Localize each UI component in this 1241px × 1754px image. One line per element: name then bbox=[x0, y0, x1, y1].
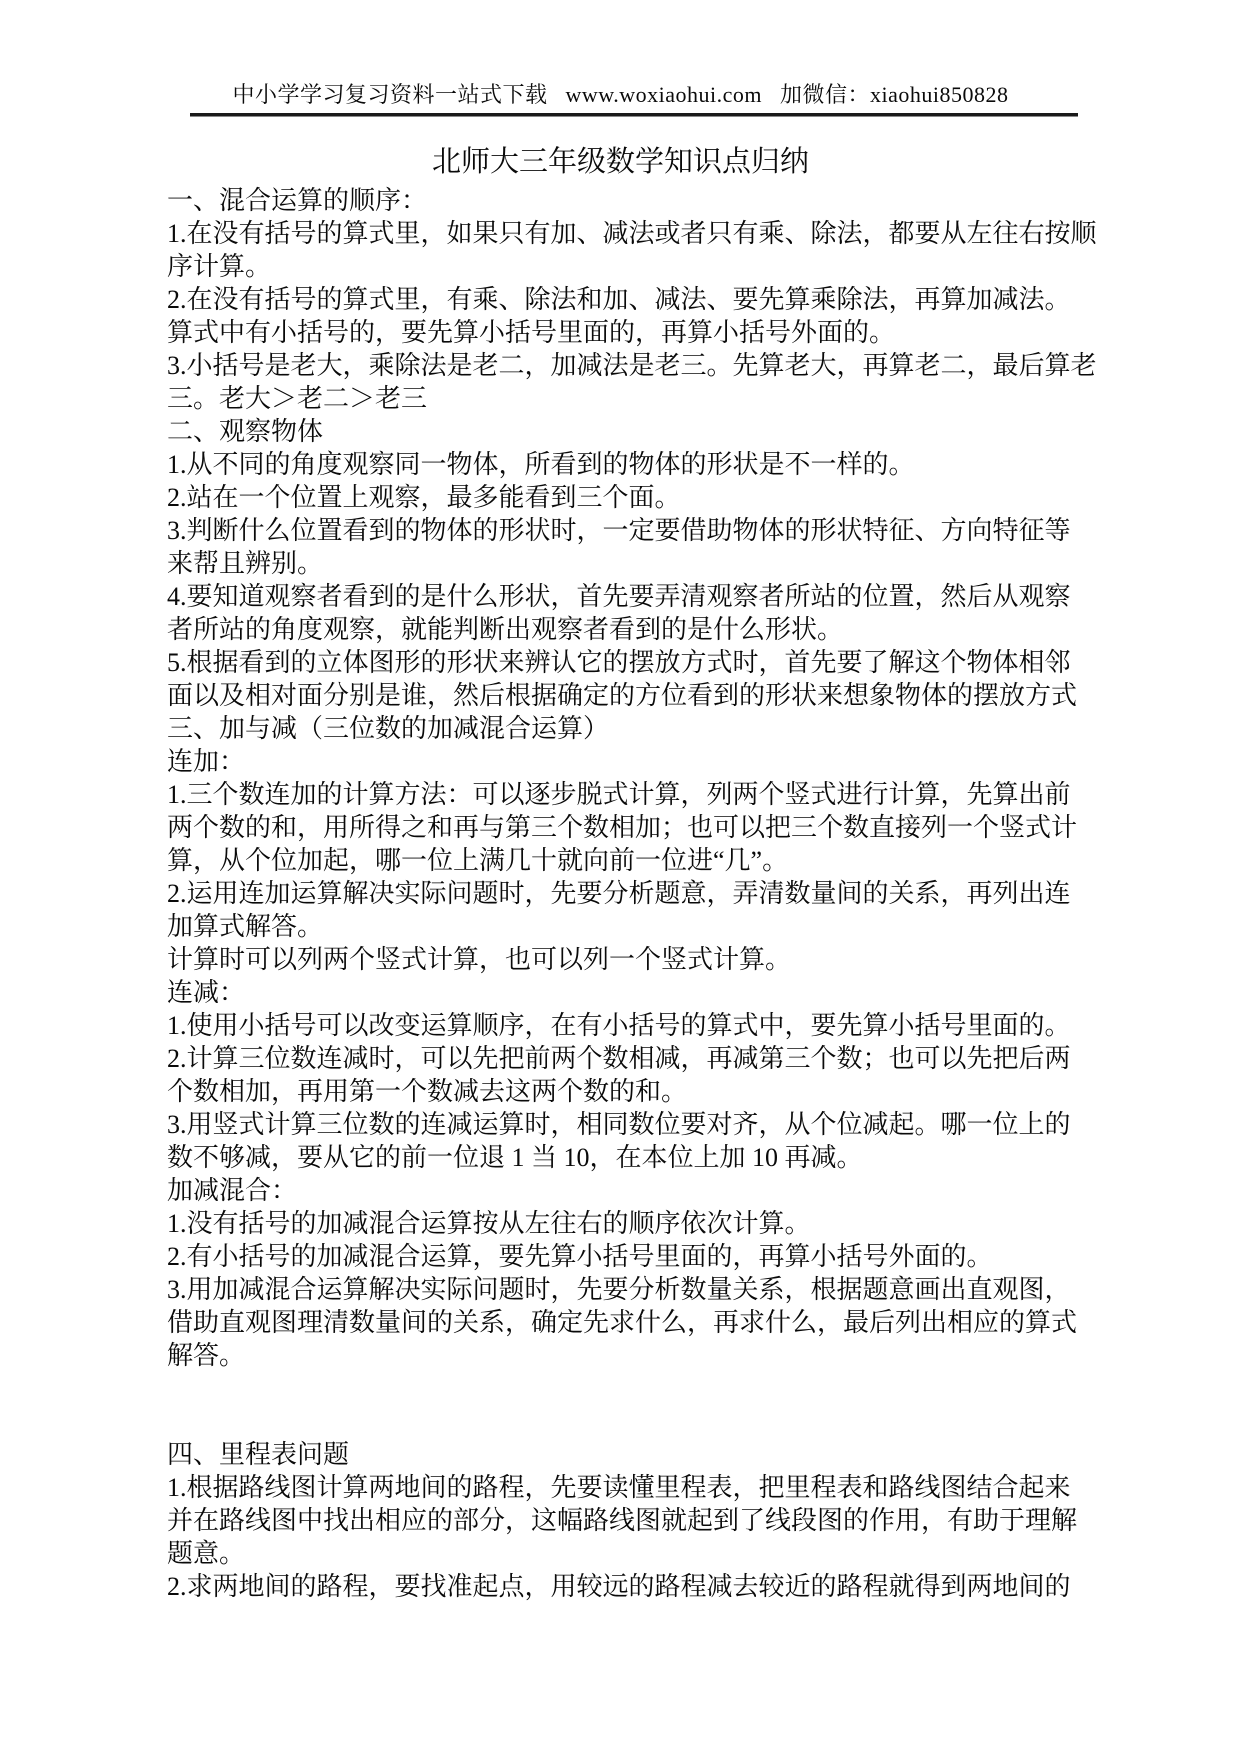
text-line: 加减混合： bbox=[167, 1174, 1097, 1207]
text-line: 3.小括号是老大，乘除法是老二，加减法是老三。先算老大，再算老二，最后算老 bbox=[167, 349, 1097, 382]
text-line: 个数相加，再用第一个数减去这两个数的和。 bbox=[167, 1075, 1097, 1108]
text-line bbox=[167, 1372, 1097, 1405]
document-body: 一、混合运算的顺序：1.在没有括号的算式里，如果只有加、减法或者只有乘、除法，都… bbox=[167, 184, 1097, 1603]
text-line: 面以及相对面分别是谁，然后根据确定的方位看到的形状来想象物体的摆放方式 bbox=[167, 679, 1097, 712]
text-line: 两个数的和，用所得之和再与第三个数相加；也可以把三个数直接列一个竖式计 bbox=[167, 811, 1097, 844]
text-line: 3.用竖式计算三位数的连减运算时，相同数位要对齐，从个位减起。哪一位上的 bbox=[167, 1108, 1097, 1141]
text-line: 算，从个位加起，哪一位上满几十就向前一位进“几”。 bbox=[167, 844, 1097, 877]
text-line: 1.没有括号的加减混合运算按从左往右的顺序依次计算。 bbox=[167, 1207, 1097, 1240]
text-line: 2.计算三位数连减时，可以先把前两个数相减，再减第三个数；也可以先把后两 bbox=[167, 1042, 1097, 1075]
text-line: 1.三个数连加的计算方法：可以逐步脱式计算，列两个竖式进行计算，先算出前 bbox=[167, 778, 1097, 811]
text-line: 数不够减，要从它的前一位退 1 当 10，在本位上加 10 再减。 bbox=[167, 1141, 1097, 1174]
text-line: 2.求两地间的路程，要找准起点，用较远的路程减去较近的路程就得到两地间的 bbox=[167, 1570, 1097, 1603]
document-title: 北师大三年级数学知识点归纳 bbox=[0, 145, 1241, 179]
text-line: 2.有小括号的加减混合运算，要先算小括号里面的，再算小括号外面的。 bbox=[167, 1240, 1097, 1273]
text-line: 连减： bbox=[167, 976, 1097, 1009]
text-line: 加算式解答。 bbox=[167, 910, 1097, 943]
text-line: 三。老大＞老二＞老三 bbox=[167, 382, 1097, 415]
text-line: 四、里程表问题 bbox=[167, 1438, 1097, 1471]
header-site-notice: 中小学学习复习资料一站式下载 www.woxiaohui.com 加微信：xia… bbox=[0, 82, 1241, 108]
text-line: 并在路线图中找出相应的部分，这幅路线图就起到了线段图的作用，有助于理解 bbox=[167, 1504, 1097, 1537]
text-line: 一、混合运算的顺序： bbox=[167, 184, 1097, 217]
document-page: 中小学学习复习资料一站式下载 www.woxiaohui.com 加微信：xia… bbox=[0, 0, 1241, 1754]
text-line: 1.在没有括号的算式里，如果只有加、减法或者只有乘、除法，都要从左往右按顺 bbox=[167, 217, 1097, 250]
text-line: 1.根据路线图计算两地间的路程，先要读懂里程表，把里程表和路线图结合起来 bbox=[167, 1471, 1097, 1504]
text-line: 2.在没有括号的算式里，有乘、除法和加、减法、要先算乘除法，再算加减法。 bbox=[167, 283, 1097, 316]
text-line: 算式中有小括号的，要先算小括号里面的，再算小括号外面的。 bbox=[167, 316, 1097, 349]
text-line: 1.使用小括号可以改变运算顺序，在有小括号的算式中，要先算小括号里面的。 bbox=[167, 1009, 1097, 1042]
text-line: 来帮且辨别。 bbox=[167, 547, 1097, 580]
text-line: 解答。 bbox=[167, 1339, 1097, 1372]
text-line: 3.判断什么位置看到的物体的形状时，一定要借助物体的形状特征、方向特征等 bbox=[167, 514, 1097, 547]
text-line: 5.根据看到的立体图形的形状来辨认它的摆放方式时，首先要了解这个物体相邻 bbox=[167, 646, 1097, 679]
text-line: 4.要知道观察者看到的是什么形状，首先要弄清观察者所站的位置，然后从观察 bbox=[167, 580, 1097, 613]
text-line: 题意。 bbox=[167, 1537, 1097, 1570]
text-line: 2.运用连加运算解决实际问题时，先要分析题意，弄清数量间的关系，再列出连 bbox=[167, 877, 1097, 910]
text-line: 计算时可以列两个竖式计算，也可以列一个竖式计算。 bbox=[167, 943, 1097, 976]
text-line: 二、观察物体 bbox=[167, 415, 1097, 448]
text-line bbox=[167, 1405, 1097, 1438]
text-line: 者所站的角度观察，就能判断出观察者看到的是什么形状。 bbox=[167, 613, 1097, 646]
header-divider-line bbox=[190, 113, 1078, 117]
text-line: 3.用加减混合运算解决实际问题时，先要分析数量关系，根据题意画出直观图， bbox=[167, 1273, 1097, 1306]
text-line: 借助直观图理清数量间的关系，确定先求什么，再求什么，最后列出相应的算式 bbox=[167, 1306, 1097, 1339]
text-line: 2.站在一个位置上观察，最多能看到三个面。 bbox=[167, 481, 1097, 514]
text-line: 连加： bbox=[167, 745, 1097, 778]
text-line: 序计算。 bbox=[167, 250, 1097, 283]
text-line: 三、加与减（三位数的加减混合运算） bbox=[167, 712, 1097, 745]
text-line: 1.从不同的角度观察同一物体，所看到的物体的形状是不一样的。 bbox=[167, 448, 1097, 481]
